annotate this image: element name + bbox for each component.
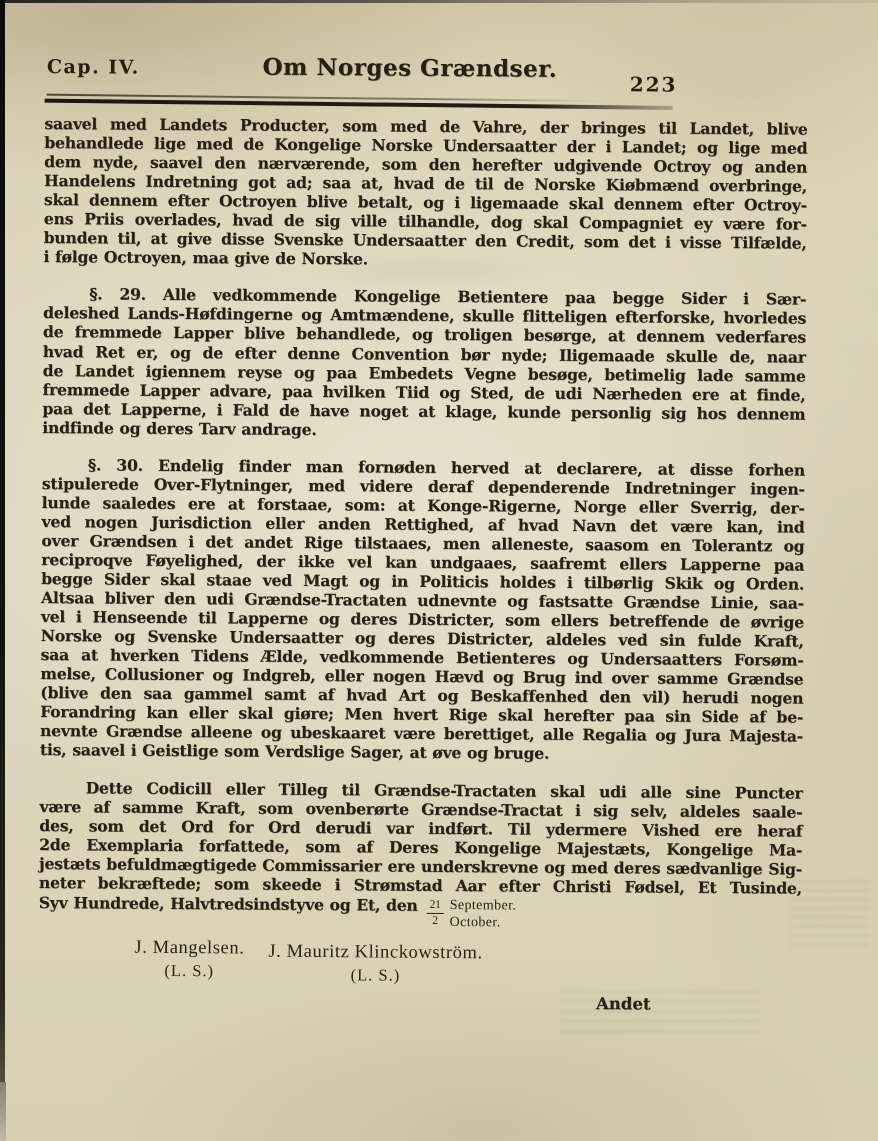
page-content: Cap. IV. Om Norges Grændser. 223 saavel … [38,52,808,1004]
date-day-new-style: 2 [432,914,438,928]
paragraph-section-29: §. 29. Alle vedkommende Kongelige Betien… [42,284,806,442]
paragraph-codicill: Dette Codicill eller Tilleg til Grændse-… [39,777,803,938]
date-day-fraction: 21 2 [426,899,443,928]
signature-klinckowstrom: J. Mauritz Klinckowström. (L. S.) [268,941,483,986]
page-title: Om Norges Grændser. [245,53,575,82]
date-text: Syv Hundrede, Halvtredsindstyve og Et, d… [39,893,418,915]
scan-top-edge [0,0,878,3]
date-month-old-style: September. [450,897,517,915]
date-day-old-style: 21 [427,899,444,914]
seal-mark: (L. S.) [134,960,244,981]
scan-left-edge [0,0,5,1082]
paragraph-section-30: §. 30. Endelig finder man fornøden herve… [40,455,805,765]
paragraph-continuation: saavel med Landets Producter, som med de… [43,114,807,272]
signature-block: J. Mangelsen. (L. S.) J. Mauritz Klincko… [38,937,801,1005]
signatory-name: J. Mangelsen. [134,937,244,959]
running-header: Cap. IV. Om Norges Grændser. 223 [45,52,808,98]
page-number: 223 [630,72,678,96]
catchword: Andet [596,994,651,1013]
chapter-label: Cap. IV. [47,56,140,79]
body-text: saavel med Landets Producter, som med de… [39,114,808,938]
date-month-new-style: October. [450,914,517,932]
signature-mangelsen: J. Mangelsen. (L. S.) [134,937,244,981]
seal-mark: (L. S.) [268,964,483,986]
signatory-name: J. Mauritz Klinckowström. [268,941,483,964]
header-double-rule [45,94,673,112]
scan-left-edge-lower [0,1082,6,1141]
date-months: September. October. [450,897,517,932]
date-line: Syv Hundrede, Halvtredsindstyve og Et, d… [39,893,802,939]
